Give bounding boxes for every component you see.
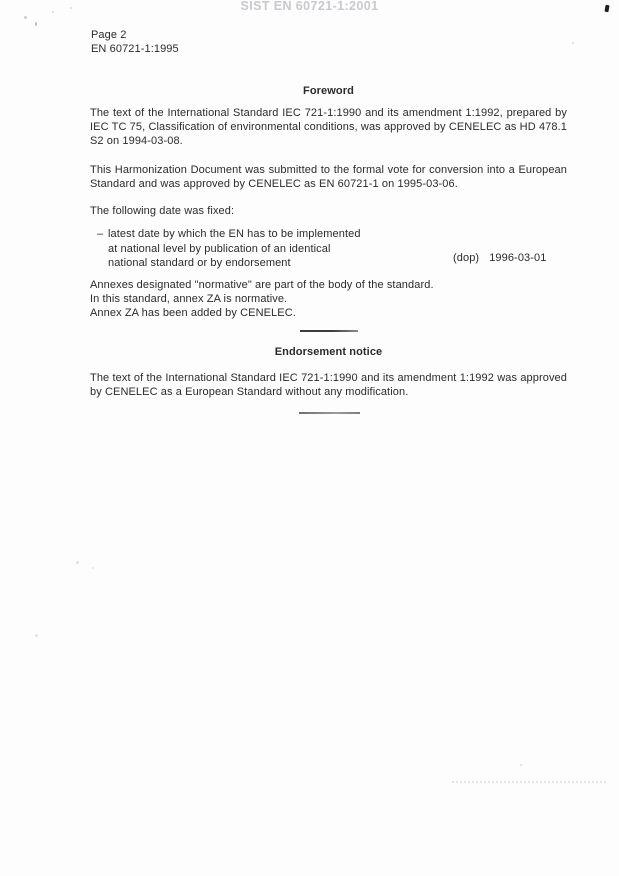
watermark-header: SIST EN 60721-1:2001 bbox=[0, 0, 619, 13]
foreword-paragraph-2: This Harmonization Document was submitte… bbox=[90, 163, 567, 191]
endorsement-paragraph: The text of the International Standard I… bbox=[90, 371, 567, 399]
foreword-paragraph-1: The text of the International Standard I… bbox=[90, 106, 567, 148]
date-item-line-2: at national level by publication of an i… bbox=[108, 242, 361, 257]
scan-speck bbox=[35, 634, 38, 637]
scan-speck bbox=[24, 16, 27, 19]
scan-speck bbox=[520, 764, 522, 766]
page-number: Page 2 bbox=[91, 29, 179, 43]
list-dash: – bbox=[97, 227, 103, 242]
date-list-item: – latest date by which the EN has to be … bbox=[97, 227, 361, 271]
scan-speck bbox=[35, 22, 37, 26]
scan-speck bbox=[92, 567, 94, 569]
document-page: SIST EN 60721-1:2001 Page 2 EN 60721-1:1… bbox=[0, 0, 619, 876]
date-item-lines: latest date by which the EN has to be im… bbox=[97, 227, 361, 271]
dop-date: 1996-03-01 bbox=[489, 252, 546, 264]
separator-line bbox=[299, 412, 360, 414]
scan-artifact-dots bbox=[452, 781, 606, 783]
dop-date-value: (dop)1996-03-01 bbox=[453, 252, 546, 264]
page-header: Page 2 EN 60721-1:1995 bbox=[91, 29, 179, 56]
annex-note-2: In this standard, annex ZA is normative. bbox=[90, 292, 434, 306]
date-item-line-3: national standard or by endorsement bbox=[108, 256, 361, 271]
dop-label: (dop) bbox=[453, 252, 479, 264]
scan-speck bbox=[572, 42, 574, 44]
annex-note-1: Annexes designated "normative" are part … bbox=[90, 278, 434, 292]
endorsement-heading: Endorsement notice bbox=[90, 346, 567, 358]
separator-line bbox=[300, 330, 358, 332]
foreword-heading: Foreword bbox=[90, 85, 567, 97]
date-item-line-1: latest date by which the EN has to be im… bbox=[108, 227, 361, 242]
annex-notes: Annexes designated "normative" are part … bbox=[90, 278, 434, 320]
scan-speck bbox=[52, 11, 54, 13]
scan-speck bbox=[76, 561, 79, 564]
standard-reference: EN 60721-1:1995 bbox=[91, 43, 179, 57]
scan-speck bbox=[70, 7, 72, 9]
dates-intro-line: The following date was fixed: bbox=[90, 205, 234, 217]
annex-note-3: Annex ZA has been added by CENELEC. bbox=[90, 306, 434, 320]
